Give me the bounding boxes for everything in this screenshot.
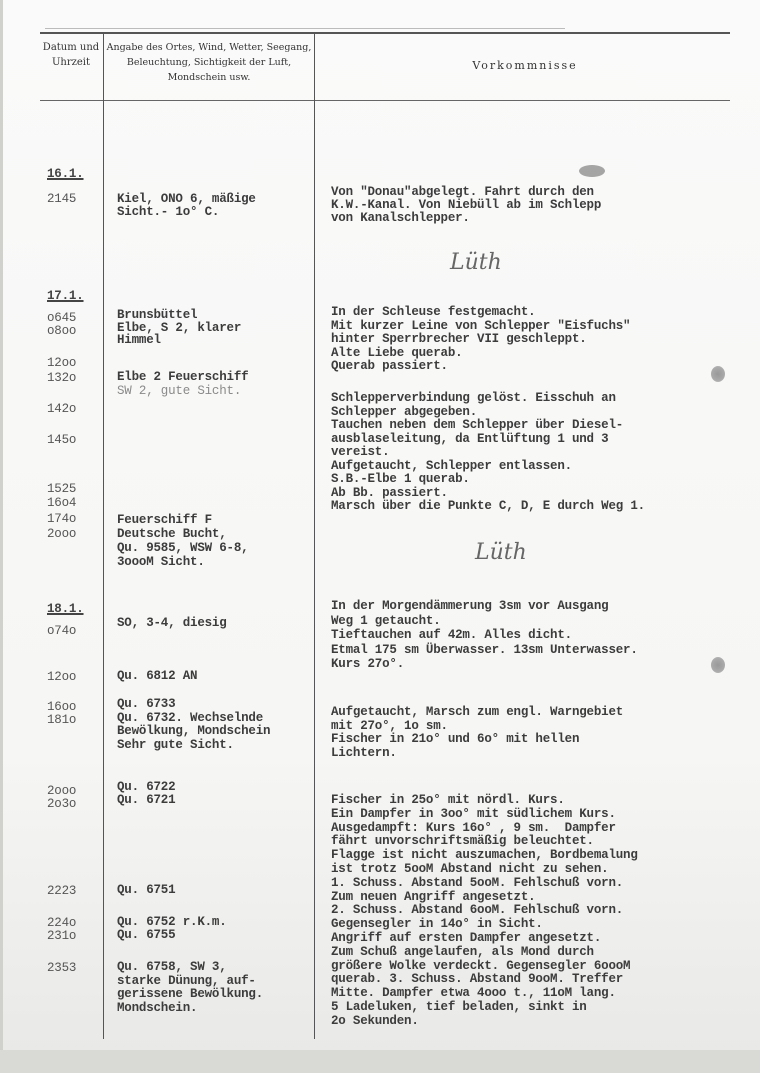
time-entry: 142o xyxy=(47,403,76,416)
time-entry: 145o xyxy=(47,434,76,447)
location-entry: Qu. 6752 r.K.m. Qu. 6755 xyxy=(117,916,227,942)
header-date-time: Datum und Uhrzeit xyxy=(40,40,102,70)
punch-hole xyxy=(711,366,725,382)
signature: Lüth xyxy=(450,250,502,275)
time-entry: o74o xyxy=(47,625,76,638)
time-entry: 181o xyxy=(47,714,76,727)
time-entry: 1525 xyxy=(47,483,76,496)
time-entry: 2353 xyxy=(47,962,76,975)
time-entry: o8oo xyxy=(47,325,76,338)
location-entry: Qu. 6722 Qu. 6721 xyxy=(117,781,175,807)
location-entry: Feuerschiff F Deutsche Bucht, Qu. 9585, … xyxy=(117,513,248,569)
time-entry: 2145 xyxy=(47,193,76,206)
time-entry: 2o3o xyxy=(47,798,76,811)
date-18-1: 18.1. xyxy=(47,603,84,616)
time-entry: 132o xyxy=(47,372,76,385)
page-edge xyxy=(0,0,3,1073)
time-entry: 174o xyxy=(47,513,76,526)
time-entry: 231o xyxy=(47,930,76,943)
location-entry: SW 2, gute Sicht. xyxy=(117,385,241,398)
location-entry: Kiel, ONO 6, mäßige Sicht.- 1o° C. xyxy=(117,193,256,219)
location-entry: Qu. 6751 xyxy=(117,884,175,897)
location-entry: Elbe 2 Feuerschiff xyxy=(117,371,248,384)
location-entry: SO, 3-4, diesig xyxy=(117,617,227,630)
event-entry: In der Morgendämmerung 3sm vor Ausgang W… xyxy=(331,599,638,672)
location-entry: Brunsbüttel Elbe, S 2, klarer Himmel xyxy=(117,309,241,347)
location-entry: Qu. 6758, SW 3, starke Dünung, auf- geri… xyxy=(117,961,263,1015)
time-entry: 2ooo xyxy=(47,528,76,541)
header-rule xyxy=(40,100,730,101)
time-entry: 2223 xyxy=(47,885,76,898)
page-bottom-shadow xyxy=(0,1050,760,1073)
column-divider-1 xyxy=(103,34,104,1039)
top-rule xyxy=(40,32,730,34)
location-entry: Qu. 6733 Qu. 6732. Wechselnde Bewölkung,… xyxy=(117,698,270,752)
column-divider-2 xyxy=(314,34,315,1039)
header-location-weather: Angabe des Ortes, Wind, Wetter, Seegang,… xyxy=(104,40,314,85)
date-16-1: 16.1. xyxy=(47,168,84,181)
time-entry: 16o4 xyxy=(47,497,76,510)
event-entry: Von "Donau"abgelegt. Fahrt durch den K.W… xyxy=(331,186,601,225)
event-entry: Fischer in 25o° mit nördl. Kurs. Ein Dam… xyxy=(331,794,638,1029)
date-17-1: 17.1. xyxy=(47,290,84,303)
header-events: Vorkommnisse xyxy=(315,58,735,73)
document-page: Datum und Uhrzeit Angabe des Ortes, Wind… xyxy=(0,0,760,1073)
top-rule-faint xyxy=(45,28,565,29)
punch-hole xyxy=(711,657,725,673)
signature: Lüth xyxy=(475,540,527,565)
event-entry: In der Schleuse festgemacht. Mit kurzer … xyxy=(331,306,630,374)
event-entry: Aufgetaucht, Marsch zum engl. Warngebiet… xyxy=(331,706,623,760)
time-entry: 12oo xyxy=(47,671,76,684)
time-entry: 12oo xyxy=(47,357,76,370)
event-entry: Schlepperverbindung gelöst. Eisschuh an … xyxy=(331,392,645,514)
ink-stain xyxy=(579,165,605,177)
location-entry: Qu. 6812 AN xyxy=(117,670,197,683)
